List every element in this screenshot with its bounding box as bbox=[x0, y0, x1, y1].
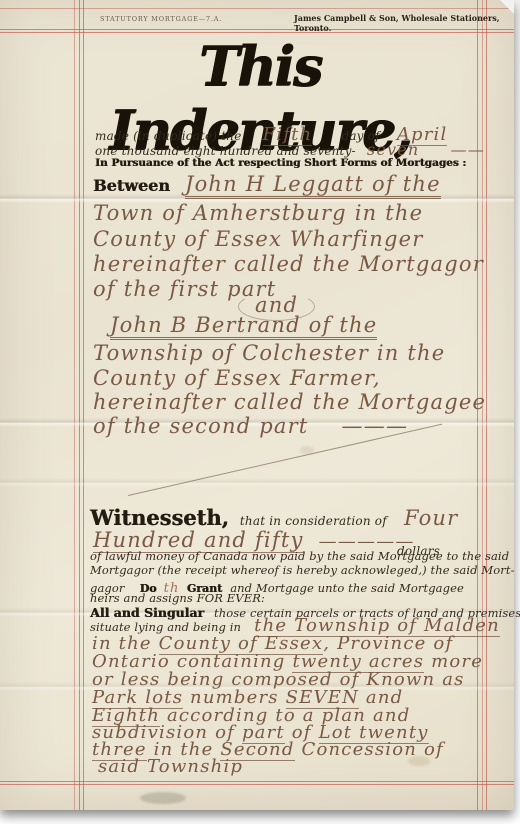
scanned-document-page: STATUTORY MORTGAGE—7.A. James Campbell &… bbox=[0, 0, 514, 810]
red-rule-bottom-1 bbox=[0, 781, 514, 782]
red-rule-bottom-2 bbox=[0, 784, 514, 785]
printed-text: and Mortgage unto the said Mortgagee bbox=[230, 581, 464, 595]
paper-corner bbox=[500, 0, 514, 14]
mortgagee-line: County of Essex Farmer, bbox=[93, 366, 381, 390]
between-label: Between bbox=[93, 176, 170, 195]
mortgagor-line: County of Essex Wharfinger bbox=[93, 227, 423, 251]
mortgagee-name-line: John B Bertrand of the bbox=[110, 313, 377, 337]
mortgagee-line: hereinafter called the Mortgagee bbox=[93, 390, 486, 414]
printed-text: one thousand eight hundred and seventy- bbox=[95, 144, 356, 158]
mortgagee-name: John B Bertrand of the bbox=[110, 313, 377, 340]
form-number-label: STATUTORY MORTGAGE—7.A. bbox=[100, 15, 222, 23]
witnesseth-body-line: of lawful money of Canada now paid by th… bbox=[90, 549, 509, 563]
mortgagor-line: Town of Amherstburg in the bbox=[93, 201, 423, 225]
printed-text: situate lying and being in bbox=[90, 620, 241, 634]
handwritten-text: of the second part bbox=[93, 414, 308, 438]
witnesseth-line-1: Witnesseth, that in consideration of Fou… bbox=[90, 505, 458, 530]
printed-text: that in consideration of bbox=[240, 514, 387, 528]
stationer-imprint: James Campbell & Son, Wholesale Statione… bbox=[294, 13, 514, 33]
between-line: Between John H Leggatt of the bbox=[93, 172, 441, 196]
mortgagee-line: Township of Colchester in the bbox=[93, 341, 445, 365]
red-rule-top-thin bbox=[0, 8, 514, 9]
smudge-stain bbox=[140, 792, 186, 804]
witnesseth-body-line: Mortgagor (the receipt whereof is hereby… bbox=[90, 563, 515, 577]
handwritten-dash: ——— bbox=[342, 414, 409, 438]
land-hand-line: said Township bbox=[98, 756, 243, 777]
handwritten-text: Concession of bbox=[295, 739, 444, 760]
mortgagor-line: hereinafter called the Mortgagor bbox=[93, 252, 484, 276]
pursuance-line: In Pursuance of the Act respecting Short… bbox=[95, 157, 466, 169]
fold-crease bbox=[0, 478, 514, 487]
witnesseth-label: Witnesseth, bbox=[90, 505, 229, 530]
mortgagor-name: John H Leggatt of the bbox=[185, 172, 441, 199]
handwritten-amount: Four bbox=[404, 506, 458, 530]
mortgagee-line-last: of the second part ——— bbox=[93, 414, 408, 438]
